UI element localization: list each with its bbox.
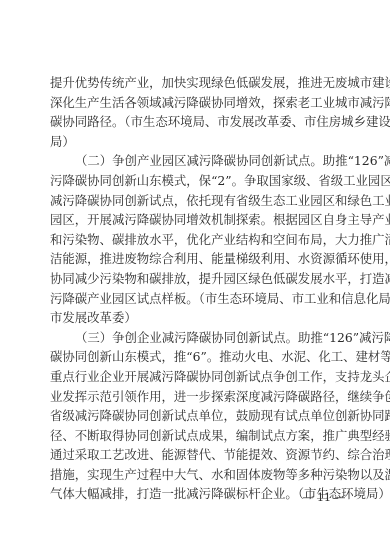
text-line: 局）: [50, 132, 340, 152]
document-page: 提升优势传统产业，加快实现绿色低碳发展，推进无废城市建设， 深化生产生活各领域减…: [0, 0, 390, 551]
text-line: 碳协同创新山东模式，推“6”。推动火电、水泥、化工、建材等: [50, 347, 340, 367]
text-line: 业发挥示范引领作用，进一步探索深度减污降碳路径，继续争创: [50, 387, 340, 407]
text-line: 协同减少污染物和碳排放，提升园区绿色低碳发展水平，打造减: [50, 269, 340, 289]
text-line: 重点行业企业开展减污降碳协同创新试点争创工作，支持龙头企: [50, 367, 340, 387]
text-line: 措施，实现生产过程中大气、水和固体废物等多种污染物以及温室: [50, 465, 340, 485]
text-line: 气体大幅减排，打造一批减污降碳标杆企业。（市生态环境局）: [50, 484, 340, 504]
paragraph-first-line: （二）争创产业园区减污降碳协同创新试点。助推“126”减: [50, 151, 340, 171]
paragraph-first-line: （三）争创企业减污降碳协同创新试点。助推“126”减污降: [50, 328, 340, 348]
text-line: 市发展改革委）: [50, 308, 340, 328]
paragraph-industrial-parks: （二）争创产业园区减污降碳协同创新试点。助推“126”减 污降碳协同创新山东模式…: [50, 151, 340, 327]
page-number: — 11 —: [302, 491, 346, 504]
text-line: 深化生产生活各领域减污降碳协同增效，探索老工业城市减污降: [50, 93, 340, 113]
body-text: 提升优势传统产业，加快实现绿色低碳发展，推进无废城市建设， 深化生产生活各领域减…: [50, 73, 340, 504]
text-line: 碳协同路径。（市生态环境局、市发展改革委、市住房城乡建设: [50, 112, 340, 132]
text-line: 径、不断取得协同创新试点成果，编制试点方案，推广典型经验，: [50, 426, 340, 446]
text-line: 洁能源，推进废物综合利用、能量梯级利用、水资源循环使用，: [50, 249, 340, 269]
text-line: 污降碳产业园区试点样板。（市生态环境局、市工业和信息化局、: [50, 289, 340, 309]
text-line: 和污染物、碳排放水平，优化产业结构和空间布局，大力推广清: [50, 230, 340, 250]
text-line: 通过采取工艺改进、能源替代、节能提效、资源节约、综合治理等: [50, 445, 340, 465]
text-line: 污降碳协同创新山东模式，保“2”。争取国家级、省级工业园区: [50, 171, 340, 191]
text-line: 减污降碳协同创新试点，依托现有省级生态工业园区和绿色工业: [50, 191, 340, 211]
text-line: 省级减污降碳协同创新试点单位，鼓励现有试点单位创新协同路: [50, 406, 340, 426]
text-line: 园区，开展减污降碳协同增效机制探索。根据园区自身主导产业: [50, 210, 340, 230]
paragraph-continuation: 提升优势传统产业，加快实现绿色低碳发展，推进无废城市建设， 深化生产生活各领域减…: [50, 73, 340, 151]
text-line: 提升优势传统产业，加快实现绿色低碳发展，推进无废城市建设，: [50, 73, 340, 93]
paragraph-enterprises: （三）争创企业减污降碳协同创新试点。助推“126”减污降 碳协同创新山东模式，推…: [50, 328, 340, 504]
